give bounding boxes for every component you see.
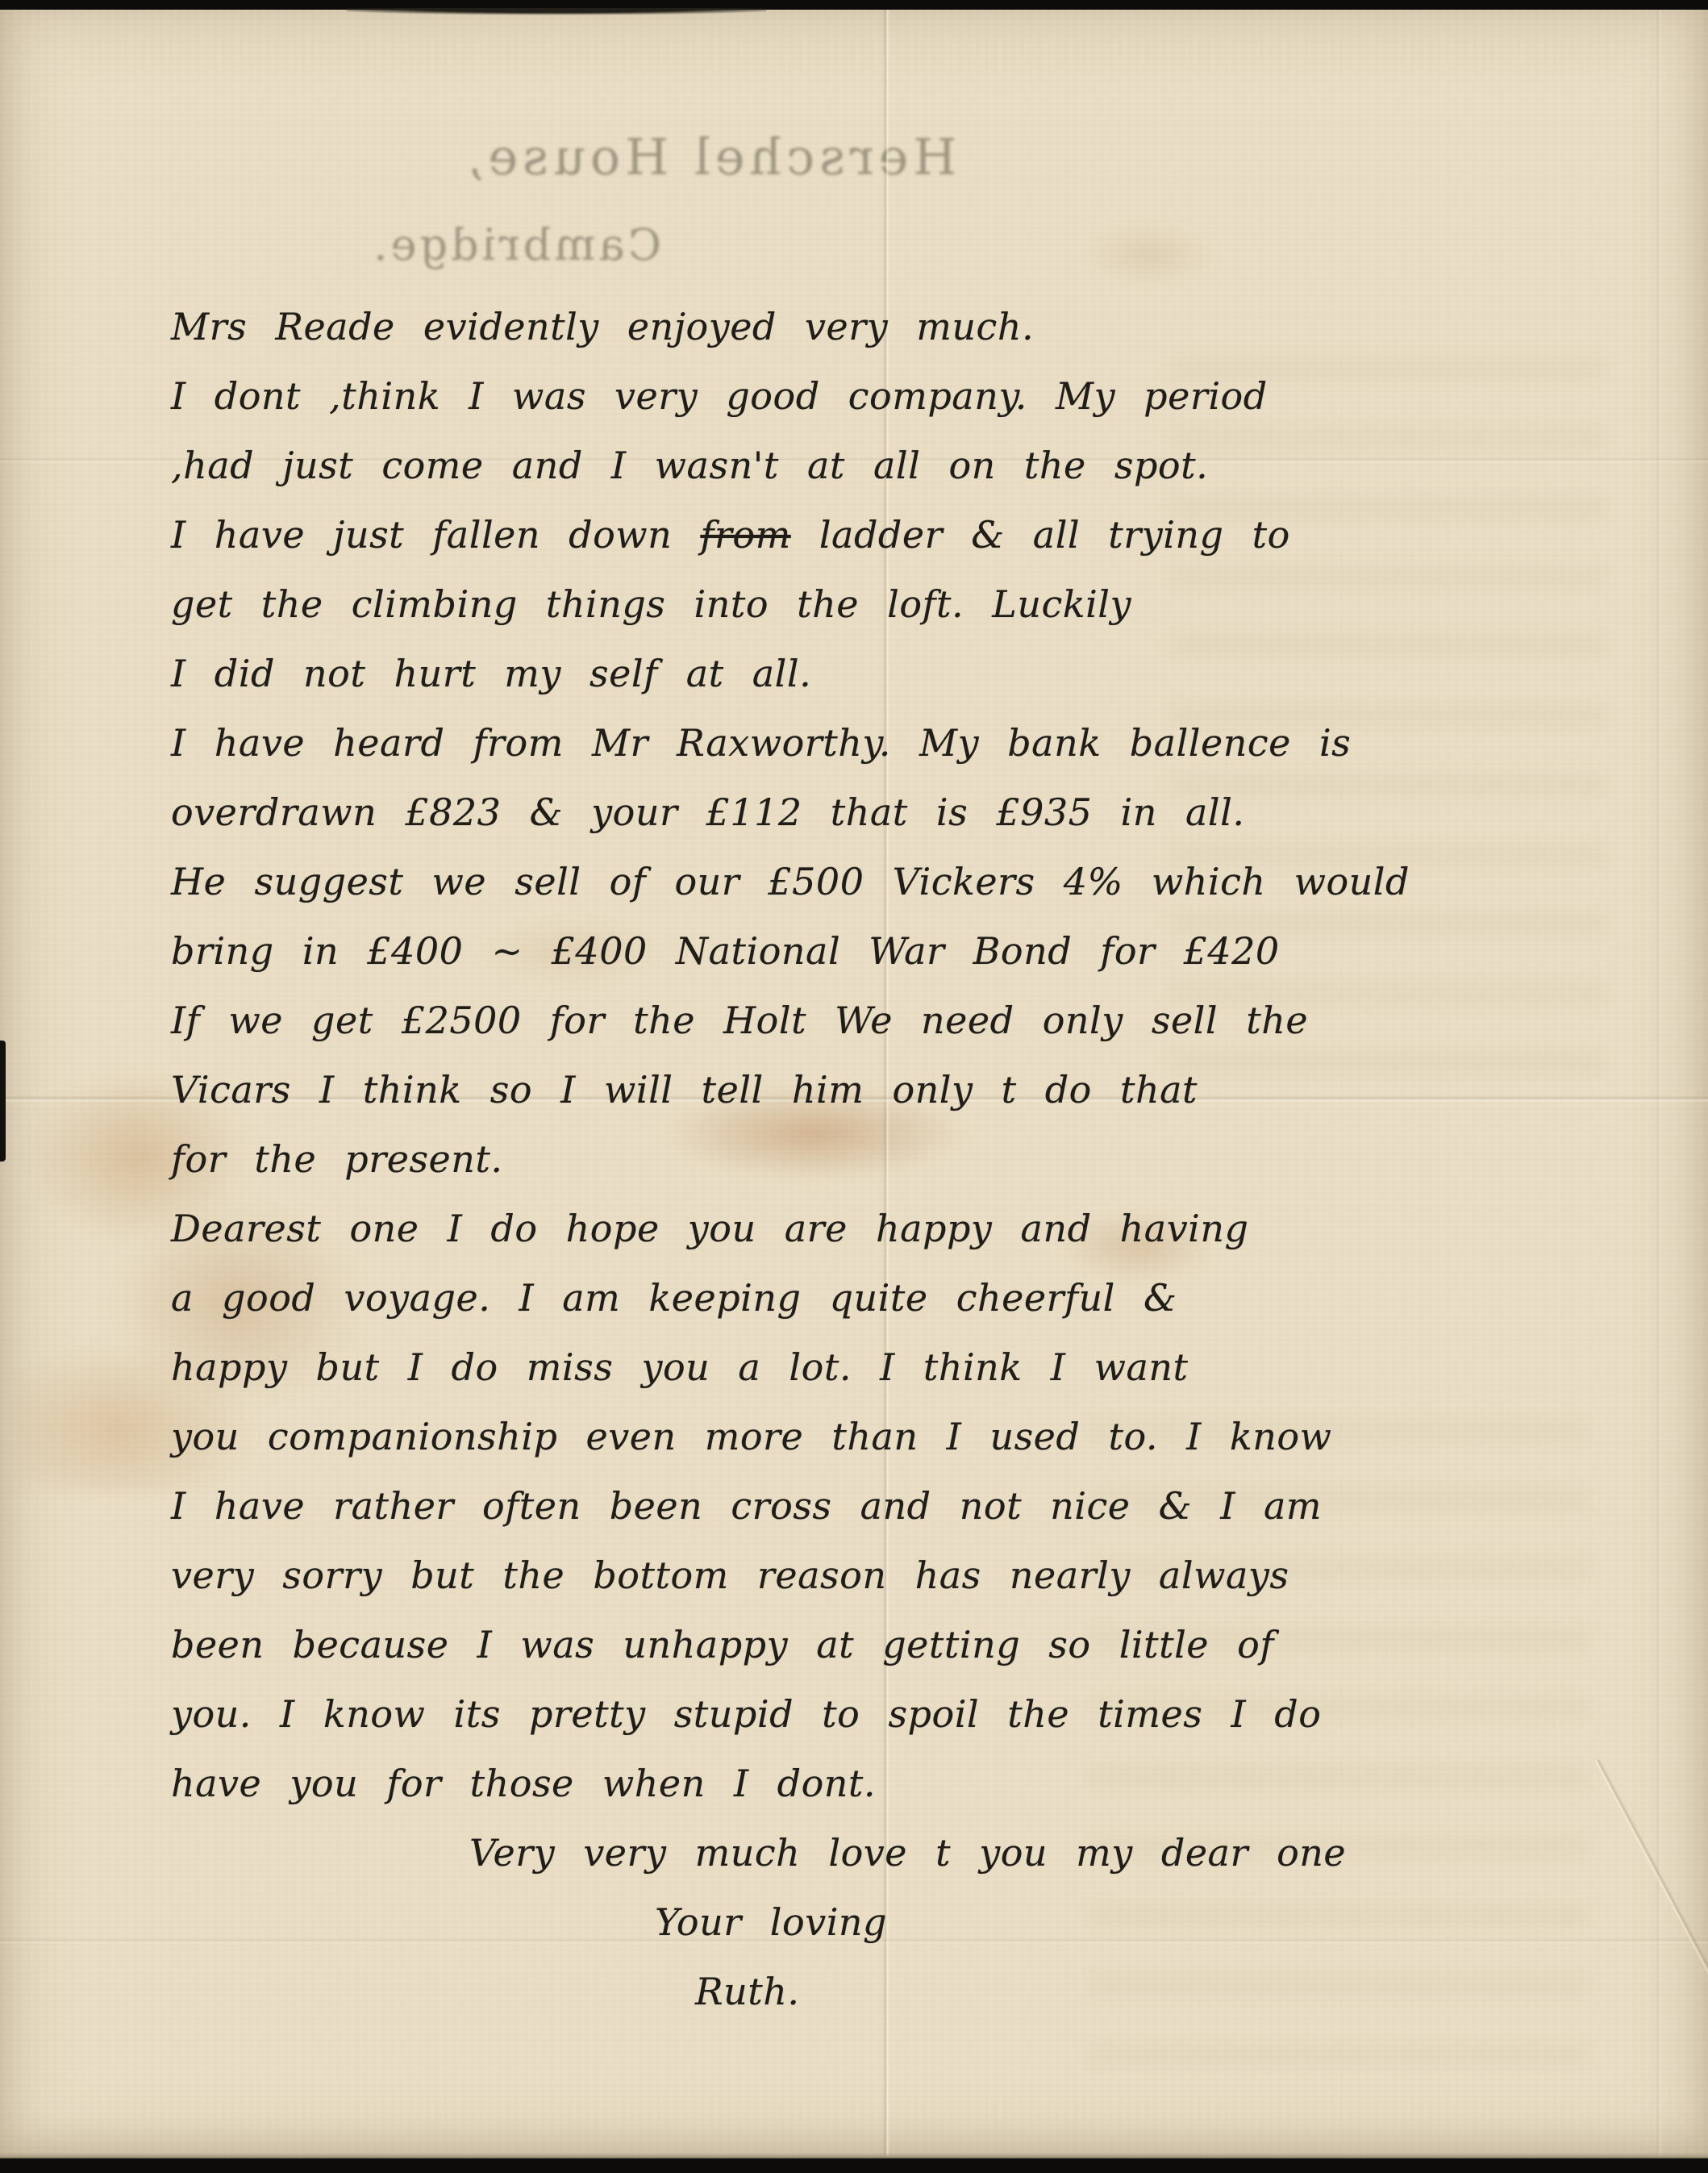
handwriting-line: Your loving bbox=[171, 1887, 1623, 1957]
handwriting-line: I dont ,think I was very good company. M… bbox=[171, 361, 1623, 431]
handwriting-line: He suggest we sell of our £500 Vickers 4… bbox=[171, 847, 1623, 916]
handwriting-line: Ruth. bbox=[171, 1957, 1623, 2026]
foxing-stain bbox=[1064, 218, 1234, 290]
handwriting-line: get the climbing things into the loft. L… bbox=[171, 569, 1623, 639]
letter-body: Mrs Reade evidently enjoyed very much.I … bbox=[171, 292, 1623, 2026]
handwriting-line: bring in £400 ~ £400 National War Bond f… bbox=[171, 916, 1623, 986]
letterhead-bleedthrough-line2: Cambridge. bbox=[419, 219, 661, 270]
handwriting-line: I have rather often been cross and not n… bbox=[171, 1471, 1623, 1541]
handwriting-line: I have just fallen down from ladder & al… bbox=[171, 500, 1623, 569]
handwriting-line: overdrawn £823 & your £112 that is £935 … bbox=[171, 778, 1623, 847]
handwriting-line: I did not hurt my self at all. bbox=[171, 639, 1623, 708]
scan-edge-top bbox=[0, 0, 1708, 10]
fold-crease-vertical bbox=[1655, 8, 1663, 2160]
handwriting-line: If we get £2500 for the Holt We need onl… bbox=[171, 986, 1623, 1055]
handwriting-line: very sorry but the bottom reason has nea… bbox=[171, 1541, 1623, 1610]
handwriting-line: happy but I do miss you a lot. I think I… bbox=[171, 1333, 1623, 1402]
handwriting-line: Very very much love t you my dear one bbox=[171, 1818, 1623, 1887]
handwriting-line: for the present. bbox=[171, 1124, 1623, 1194]
handwriting-line: Mrs Reade evidently enjoyed very much. bbox=[171, 292, 1623, 361]
letterhead-bleedthrough-line1: Herschel House, bbox=[339, 127, 1081, 186]
handwriting-line: you companionship even more than I used … bbox=[171, 1402, 1623, 1471]
handwriting-line: ,had just come and I wasn't at all on th… bbox=[171, 431, 1623, 500]
scanned-letter-page: { "document": { "kind": "handwritten let… bbox=[0, 0, 1708, 2173]
handwriting-line: a good voyage. I am keeping quite cheerf… bbox=[171, 1263, 1623, 1333]
handwriting-line: Vicars I think so I will tell him only t… bbox=[171, 1055, 1623, 1124]
handwriting-line: Dearest one I do hope you are happy and … bbox=[171, 1194, 1623, 1263]
struck-word: from bbox=[700, 513, 790, 557]
scan-edge-left bbox=[0, 1041, 6, 1162]
letter-paper: Herschel House, Cambridge. Mrs Reade evi… bbox=[0, 8, 1708, 2160]
handwriting-line: I have heard from Mr Raxworthy. My bank … bbox=[171, 708, 1623, 778]
handwriting-line: have you for those when I dont. bbox=[171, 1749, 1623, 1818]
scan-edge-bottom bbox=[0, 2158, 1708, 2173]
handwriting-line: you. I know its pretty stupid to spoil t… bbox=[171, 1679, 1623, 1749]
handwriting-line: been because I was unhappy at getting so… bbox=[171, 1610, 1623, 1679]
